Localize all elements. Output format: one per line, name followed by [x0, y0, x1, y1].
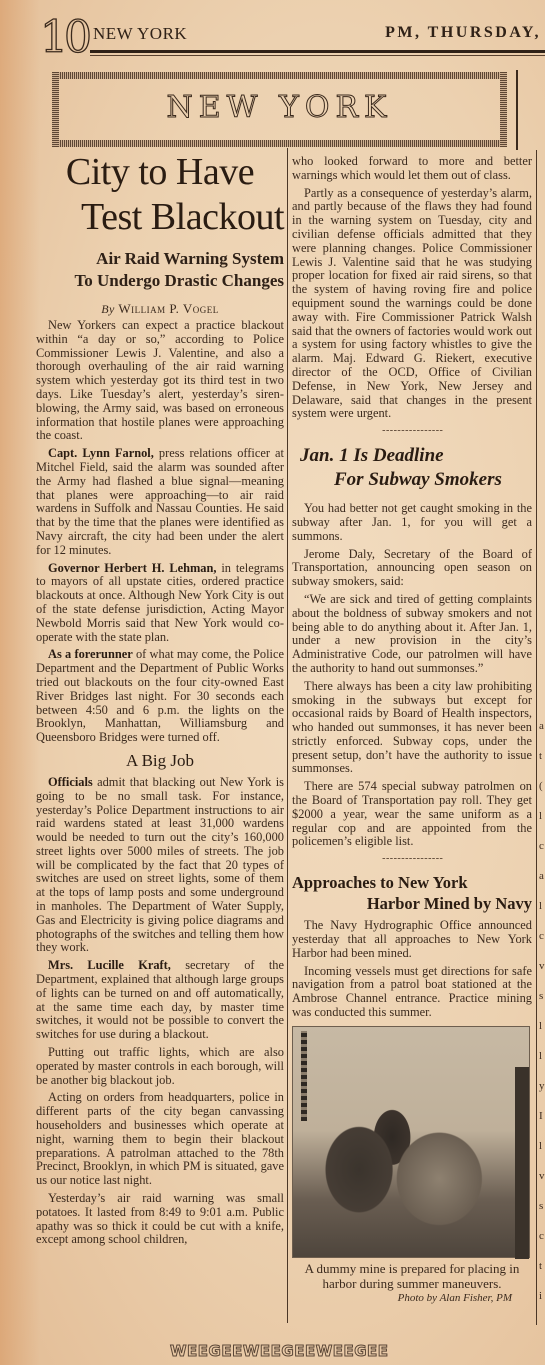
subhead-line-2: To Undergo Drastic Changes: [36, 270, 284, 292]
paragraph: There are 574 special subway patrolmen o…: [292, 780, 532, 849]
article-divider: [292, 853, 532, 864]
subhead-line-1: Air Raid Warning System: [36, 248, 284, 270]
paragraph-text: New Yorkers can expect a practice blacko…: [36, 318, 284, 442]
edge-fragment: s: [539, 1200, 543, 1212]
byline: By William P. Vogel: [36, 301, 284, 317]
edge-fragment: v: [539, 1170, 545, 1182]
headline-harbor-mined: Approaches to New York Harbor Mined by N…: [292, 872, 532, 914]
mine-photo: [292, 1026, 530, 1258]
masthead-rule-thin: [90, 55, 545, 56]
paragraph: Capt. Lynn Farnol, press relations offic…: [36, 447, 284, 557]
edge-fragment: i: [539, 1290, 542, 1302]
paragraph: New Yorkers can expect a practice blacko…: [36, 319, 284, 443]
section-banner-title: NEW YORK: [52, 90, 507, 125]
article-body: New Yorkers can expect a practice blacko…: [36, 319, 284, 745]
article-blackout: City to Have Test Blackout Air Raid Warn…: [36, 150, 284, 1251]
paragraph-text: Putting out traffic lights, which are al…: [36, 1045, 284, 1087]
paragraph: Yesterday’s air raid warning was small p…: [36, 1192, 284, 1247]
edge-fragment: l: [539, 1140, 542, 1152]
article-harbor-body: The Navy Hydrographic Office announced y…: [292, 919, 532, 1020]
edge-fragment: c: [539, 1230, 544, 1242]
headline-line-1: City to Have: [36, 150, 284, 195]
headline-line-2: Test Blackout: [36, 195, 284, 240]
paragraph: Officials admit that blacking out New Yo…: [36, 776, 284, 955]
banner-side-rule: [516, 70, 518, 150]
paragraph: Mrs. Lucille Kraft, secretary of the Dep…: [36, 959, 284, 1042]
edge-fragment: c: [539, 840, 544, 852]
edge-fragment: l: [539, 900, 542, 912]
column-rule-right: [536, 150, 537, 1325]
byline-name: William P. Vogel: [118, 301, 218, 316]
crosshead-big-job: A Big Job: [36, 751, 284, 771]
edge-fragment: a: [539, 720, 544, 732]
dock-detail: [515, 1067, 529, 1259]
article-body-continued: Officials admit that blacking out New Yo…: [36, 776, 284, 1247]
masthead: 10 NEW YORK PM, THURSDAY,: [40, 18, 545, 58]
edge-fragment: l: [539, 1050, 542, 1062]
section-label: NEW YORK: [93, 24, 187, 44]
chain-detail: [301, 1031, 307, 1121]
edge-fragment: a: [539, 870, 544, 882]
paragraph: Jerome Daly, Secretary of the Board of T…: [292, 548, 532, 589]
paragraph-lead: Mrs. Lucille Kraft,: [48, 958, 171, 972]
edge-fragment: t: [539, 1260, 542, 1272]
paragraph-lead: As a forerunner: [48, 647, 133, 661]
edge-fragment: l: [539, 810, 542, 822]
headline-line-1: Jan. 1 Is Deadline: [300, 445, 444, 466]
edge-fragment: s: [539, 990, 543, 1002]
edition-date: PM, THURSDAY,: [385, 24, 541, 42]
paragraph-lead: Governor Herbert H. Lehman,: [48, 561, 217, 575]
paragraph-text: admit that blacking out New York is goin…: [36, 775, 284, 955]
masthead-rule: [90, 50, 545, 53]
headline-line-2: For Subway Smokers: [300, 468, 532, 492]
paragraph-lead: Capt. Lynn Farnol,: [48, 446, 154, 460]
watermark: WEEGEEWEEGEEWEEGEE: [170, 1342, 389, 1360]
paragraph: who looked forward to more and better wa…: [292, 155, 532, 183]
paper-edge-discoloration: [0, 0, 40, 1365]
paragraph: The Navy Hydrographic Office announced y…: [292, 919, 532, 960]
paragraph-text: Acting on orders from headquarters, poli…: [36, 1090, 284, 1187]
paragraph-text: press relations officer at Mitchel Field…: [36, 446, 284, 557]
paragraph: “We are sick and tired of getting compla…: [292, 593, 532, 676]
paragraph: Incoming vessels must get directions for…: [292, 965, 532, 1020]
photo-credit: Photo by Alan Fisher, PM: [292, 1292, 512, 1304]
column-2: who looked forward to more and better wa…: [292, 155, 532, 1304]
edge-fragment: I: [539, 1110, 543, 1122]
edge-fragment: y: [539, 1080, 545, 1092]
paragraph: Partly as a consequence of yesterday’s a…: [292, 187, 532, 422]
byline-prefix: By: [101, 302, 115, 316]
paragraph-lead: Officials: [48, 775, 93, 789]
paragraph: Acting on orders from headquarters, poli…: [36, 1091, 284, 1188]
page-number: 10: [40, 18, 88, 58]
edge-fragment: c: [539, 930, 544, 942]
edge-fragment: v: [539, 960, 545, 972]
article-subway-body: You had better not get caught smoking in…: [292, 502, 532, 849]
paragraph: Putting out traffic lights, which are al…: [36, 1046, 284, 1087]
headline-line-2: Harbor Mined by Navy: [292, 893, 532, 914]
paragraph: There always has been a city law prohibi…: [292, 680, 532, 777]
paragraph-text: of what may come, the Police Department …: [36, 647, 284, 744]
edge-fragment: (: [539, 780, 543, 792]
edge-fragment: t: [539, 750, 542, 762]
headline-subway-smokers: Jan. 1 Is Deadline For Subway Smokers: [300, 444, 532, 492]
paragraph: As a forerunner of what may come, the Po…: [36, 648, 284, 745]
subhead-blackout: Air Raid Warning System To Undergo Drast…: [36, 248, 284, 292]
headline-line-1: Approaches to New York: [292, 873, 468, 892]
paragraph: You had better not get caught smoking in…: [292, 502, 532, 543]
headline-blackout: City to Have Test Blackout: [36, 150, 284, 240]
article-divider: [292, 425, 532, 436]
paragraph-text: Yesterday’s air raid warning was small p…: [36, 1191, 284, 1246]
edge-fragment: l: [539, 1020, 542, 1032]
article-continuation: who looked forward to more and better wa…: [292, 155, 532, 421]
photo-caption: A dummy mine is prepared for placing in …: [292, 1261, 532, 1291]
column-rule: [287, 148, 288, 1323]
paragraph: Governor Herbert H. Lehman, in telegrams…: [36, 562, 284, 645]
